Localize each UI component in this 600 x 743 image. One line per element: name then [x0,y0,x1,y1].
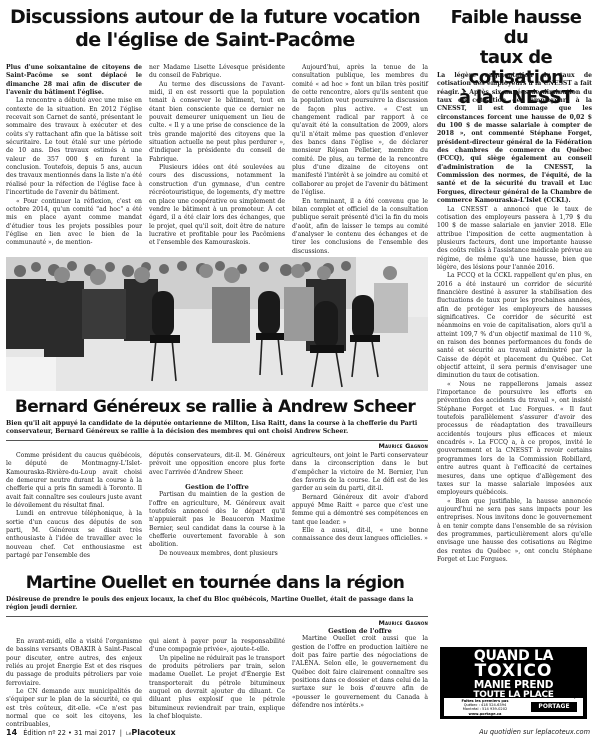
paragraph: En avant-midi, elle a visité l'organisme… [6,638,142,688]
paragraph: Partisan du maintien de la gestion de l'… [149,491,285,549]
edition-info: Édition nº 22 • 31 mai 2017 [23,729,115,737]
article2-lead: La légère augmentation du taux de cotisa… [437,72,592,206]
paragraph: Comme président du caucus québécois, le … [6,452,142,510]
portage-logo: PORTAGE [531,702,577,712]
headline-ouellet: Martine Ouellet en tournée dans la régio… [0,573,430,593]
page-number: 14 [6,728,17,737]
divider [6,616,428,617]
ad-line-2: TOXICO [440,663,587,680]
article2-column: La légère augmentation du taux de cotisa… [437,72,592,564]
article4-column-3: Gestion de l'offre Martine Ouellet croit… [292,627,428,710]
article1-lead: Plus d'une soixantaine de citoyens de Sa… [6,64,142,97]
photo-consultation-publique [6,257,428,391]
bird-icon: ✈ [573,695,577,701]
paragraph: « Bien que justifiable, la hausse annonc… [437,498,592,565]
paragraph: Au terme des discussions de l'avant-midi… [149,81,285,164]
paragraph: Un pipeline ne réduirait pas le transpor… [149,655,285,722]
subhead: Gestion de l'offre [292,627,428,635]
paragraph: Le CN demande aux municipalités de s'équ… [6,688,142,730]
footer-separator: | [120,729,122,737]
paragraph: « Pour continuer la réflexion, c'est en … [6,198,142,248]
paragraph: La CNESST a annoncé que le taux de cotis… [437,206,592,273]
article1-column-3: Aujourd'hui, après la tenue de la consul… [292,64,428,256]
paragraph: Elle a aussi, dit-il, « une bonne connai… [292,527,428,544]
paragraph: députés conservateurs, dit-il. M. Génére… [149,452,285,477]
headline-genereux: Bernard Généreux se rallie à Andrew Sche… [0,397,430,417]
paragraph: agriculteurs, ont joint le Parti conserv… [292,452,428,494]
byline: Maurice Gagnon [378,442,428,450]
ad-url[interactable]: www.portage.ca [446,712,524,716]
article3-deck: Bien qu'il ait appuyé la candidate de la… [6,420,428,437]
article3-column-2: députés conservateurs, dit-il. M. Génére… [149,452,285,558]
article1-column-1: Plus d'une soixantaine de citoyens de Sa… [6,64,142,248]
audience-photo-icon [6,257,428,391]
byline: Maurice Gagnon [378,619,428,627]
paragraph: De nouveaux membres, dont plusieurs [149,550,285,558]
paragraph: Martine Ouellet croit aussi que la gesti… [292,635,428,710]
paragraph: Plusieurs idées ont été soulevées au cou… [149,164,285,247]
paragraph: La rencontre a débuté avec une mise en c… [6,97,142,197]
article1-column-2: ner Madame Lisette Lévesque présidente d… [149,64,285,248]
article4-column-1: En avant-midi, elle a visité l'organisme… [6,638,142,730]
article4-column-2: qui aient à payer pour la responsabilité… [149,638,285,721]
paragraph: ner Madame Lisette Lévesque présidente d… [149,64,285,81]
paragraph: Lundi en entrevue téléphonique, à la sor… [6,510,142,560]
article3-column-3: agriculteurs, ont joint le Parti conserv… [292,452,428,544]
ad-portage-toxicomanie[interactable]: QUAND LA TOXICO MANIE PREND TOUTE LA PLA… [440,647,587,719]
paragraph: La FCCQ et la CCKL rappellent qu'en plus… [437,272,592,380]
ad-line-3: MANIE PREND [440,680,587,691]
paragraph: Aujourd'hui, après la tenue de la consul… [292,64,428,198]
divider [6,440,428,441]
article4-deck: Désireuse de prendre le pouls des enjeux… [6,596,428,613]
paragraph: En terminant, il a été convenu que le bi… [292,198,428,256]
article3-column-1: Comme président du caucus québécois, le … [6,452,142,560]
page-footer: 14 Édition nº 22 • 31 mai 2017 | LePlaco… [6,728,176,737]
paragraph: Bernard Généreux dit avoir d'abord appuy… [292,494,428,527]
paragraph: « Nous ne rappellerons jamais assez l'im… [437,381,592,498]
subhead: Gestion de l'offre [149,483,285,491]
paragraph: qui aient à payer pour la responsabilité… [149,638,285,655]
ad-footer: Faites les premiers pas Québec : 418 524… [444,698,583,716]
paper-logo: Placoteux [131,728,175,737]
headline-eglise: Discussions autour de la future vocation… [0,6,430,52]
website-tagline[interactable]: Au quotidien sur leplacoteux.com [479,728,590,736]
